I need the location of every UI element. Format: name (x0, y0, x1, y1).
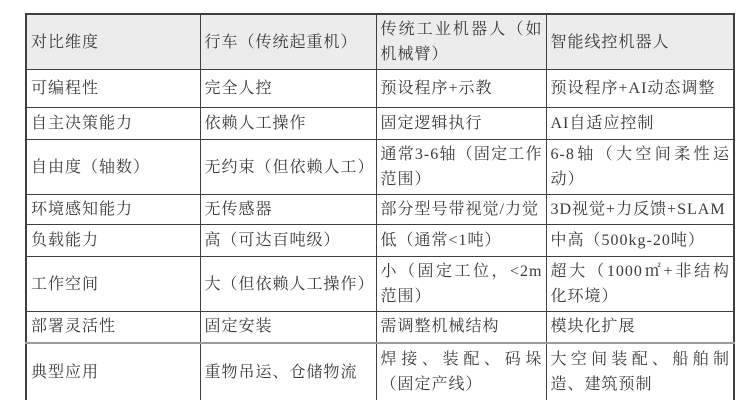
dimension-cell: 部署灵活性 (26, 312, 200, 343)
value-cell: 通常3-6轴（固定工作范围） (376, 140, 546, 195)
table-row-applications: 典型应用 重物吊运、仓储物流 焊接、装配、码垛（固定产线） 大空间装配、船舶制造… (26, 343, 734, 400)
table-row-programmability: 可编程性 完全人控 预设程序+示教 预设程序+AI动态调整 (26, 70, 734, 108)
value-cell: 预设程序+AI动态调整 (546, 70, 734, 108)
dimension-cell: 环境感知能力 (26, 195, 200, 225)
dimension-cell: 负载能力 (26, 225, 200, 257)
dimension-cell: 典型应用 (26, 343, 200, 400)
value-cell: 无约束（但依赖人工） (200, 140, 376, 195)
value-cell: 部分型号带视觉/力觉 (376, 195, 546, 225)
column-header-crane: 行车（传统起重机） (200, 14, 376, 70)
value-cell: 依赖人工操作 (200, 108, 376, 140)
column-header-smart-robot: 智能线控机器人 (546, 14, 734, 70)
dimension-cell: 可编程性 (26, 70, 200, 108)
table-row-perception: 环境感知能力 无传感器 部分型号带视觉/力觉 3D视觉+力反馈+SLAM (26, 195, 734, 225)
value-cell: 需调整机械结构 (376, 312, 546, 343)
column-header-dimension: 对比维度 (26, 14, 200, 70)
value-cell: 高（可达百吨级） (200, 225, 376, 257)
value-cell: 焊接、装配、码垛（固定产线） (376, 343, 546, 400)
value-cell: 重物吊运、仓储物流 (200, 343, 376, 400)
header-row: 对比维度 行车（传统起重机） 传统工业机器人（如机械臂） 智能线控机器人 (26, 14, 734, 70)
table-row-workspace: 工作空间 大（但依赖人工操作） 小（固定工位，<2m范围） 超大（1000㎡+非… (26, 257, 734, 312)
value-cell: 3D视觉+力反馈+SLAM (546, 195, 734, 225)
value-cell: 固定安装 (200, 312, 376, 343)
value-cell: 小（固定工位，<2m范围） (376, 257, 546, 312)
value-cell: 固定逻辑执行 (376, 108, 546, 140)
value-cell: 模块化扩展 (546, 312, 734, 343)
dimension-cell: 工作空间 (26, 257, 200, 312)
value-cell: 大（但依赖人工操作） (200, 257, 376, 312)
value-cell: 6-8轴（大空间柔性运动） (546, 140, 734, 195)
value-cell: 预设程序+示教 (376, 70, 546, 108)
table-row-deployment: 部署灵活性 固定安装 需调整机械结构 模块化扩展 (26, 312, 734, 343)
value-cell: 超大（1000㎡+非结构化环境） (546, 257, 734, 312)
table-row-payload: 负载能力 高（可达百吨级） 低（通常<1吨） 中高（500kg-20吨） (26, 225, 734, 257)
value-cell: 大空间装配、船舶制造、建筑预制 (546, 343, 734, 400)
table-row-autonomy: 自主决策能力 依赖人工操作 固定逻辑执行 AI自适应控制 (26, 108, 734, 140)
value-cell: 低（通常<1吨） (376, 225, 546, 257)
comparison-table: 对比维度 行车（传统起重机） 传统工业机器人（如机械臂） 智能线控机器人 可编程… (25, 13, 735, 400)
dimension-cell: 自由度（轴数） (26, 140, 200, 195)
dimension-cell: 自主决策能力 (26, 108, 200, 140)
column-header-industrial-robot: 传统工业机器人（如机械臂） (376, 14, 546, 70)
value-cell: 完全人控 (200, 70, 376, 108)
page: 对比维度 行车（传统起重机） 传统工业机器人（如机械臂） 智能线控机器人 可编程… (0, 0, 745, 400)
value-cell: AI自适应控制 (546, 108, 734, 140)
table-row-dof: 自由度（轴数） 无约束（但依赖人工） 通常3-6轴（固定工作范围） 6-8轴（大… (26, 140, 734, 195)
value-cell: 中高（500kg-20吨） (546, 225, 734, 257)
value-cell: 无传感器 (200, 195, 376, 225)
